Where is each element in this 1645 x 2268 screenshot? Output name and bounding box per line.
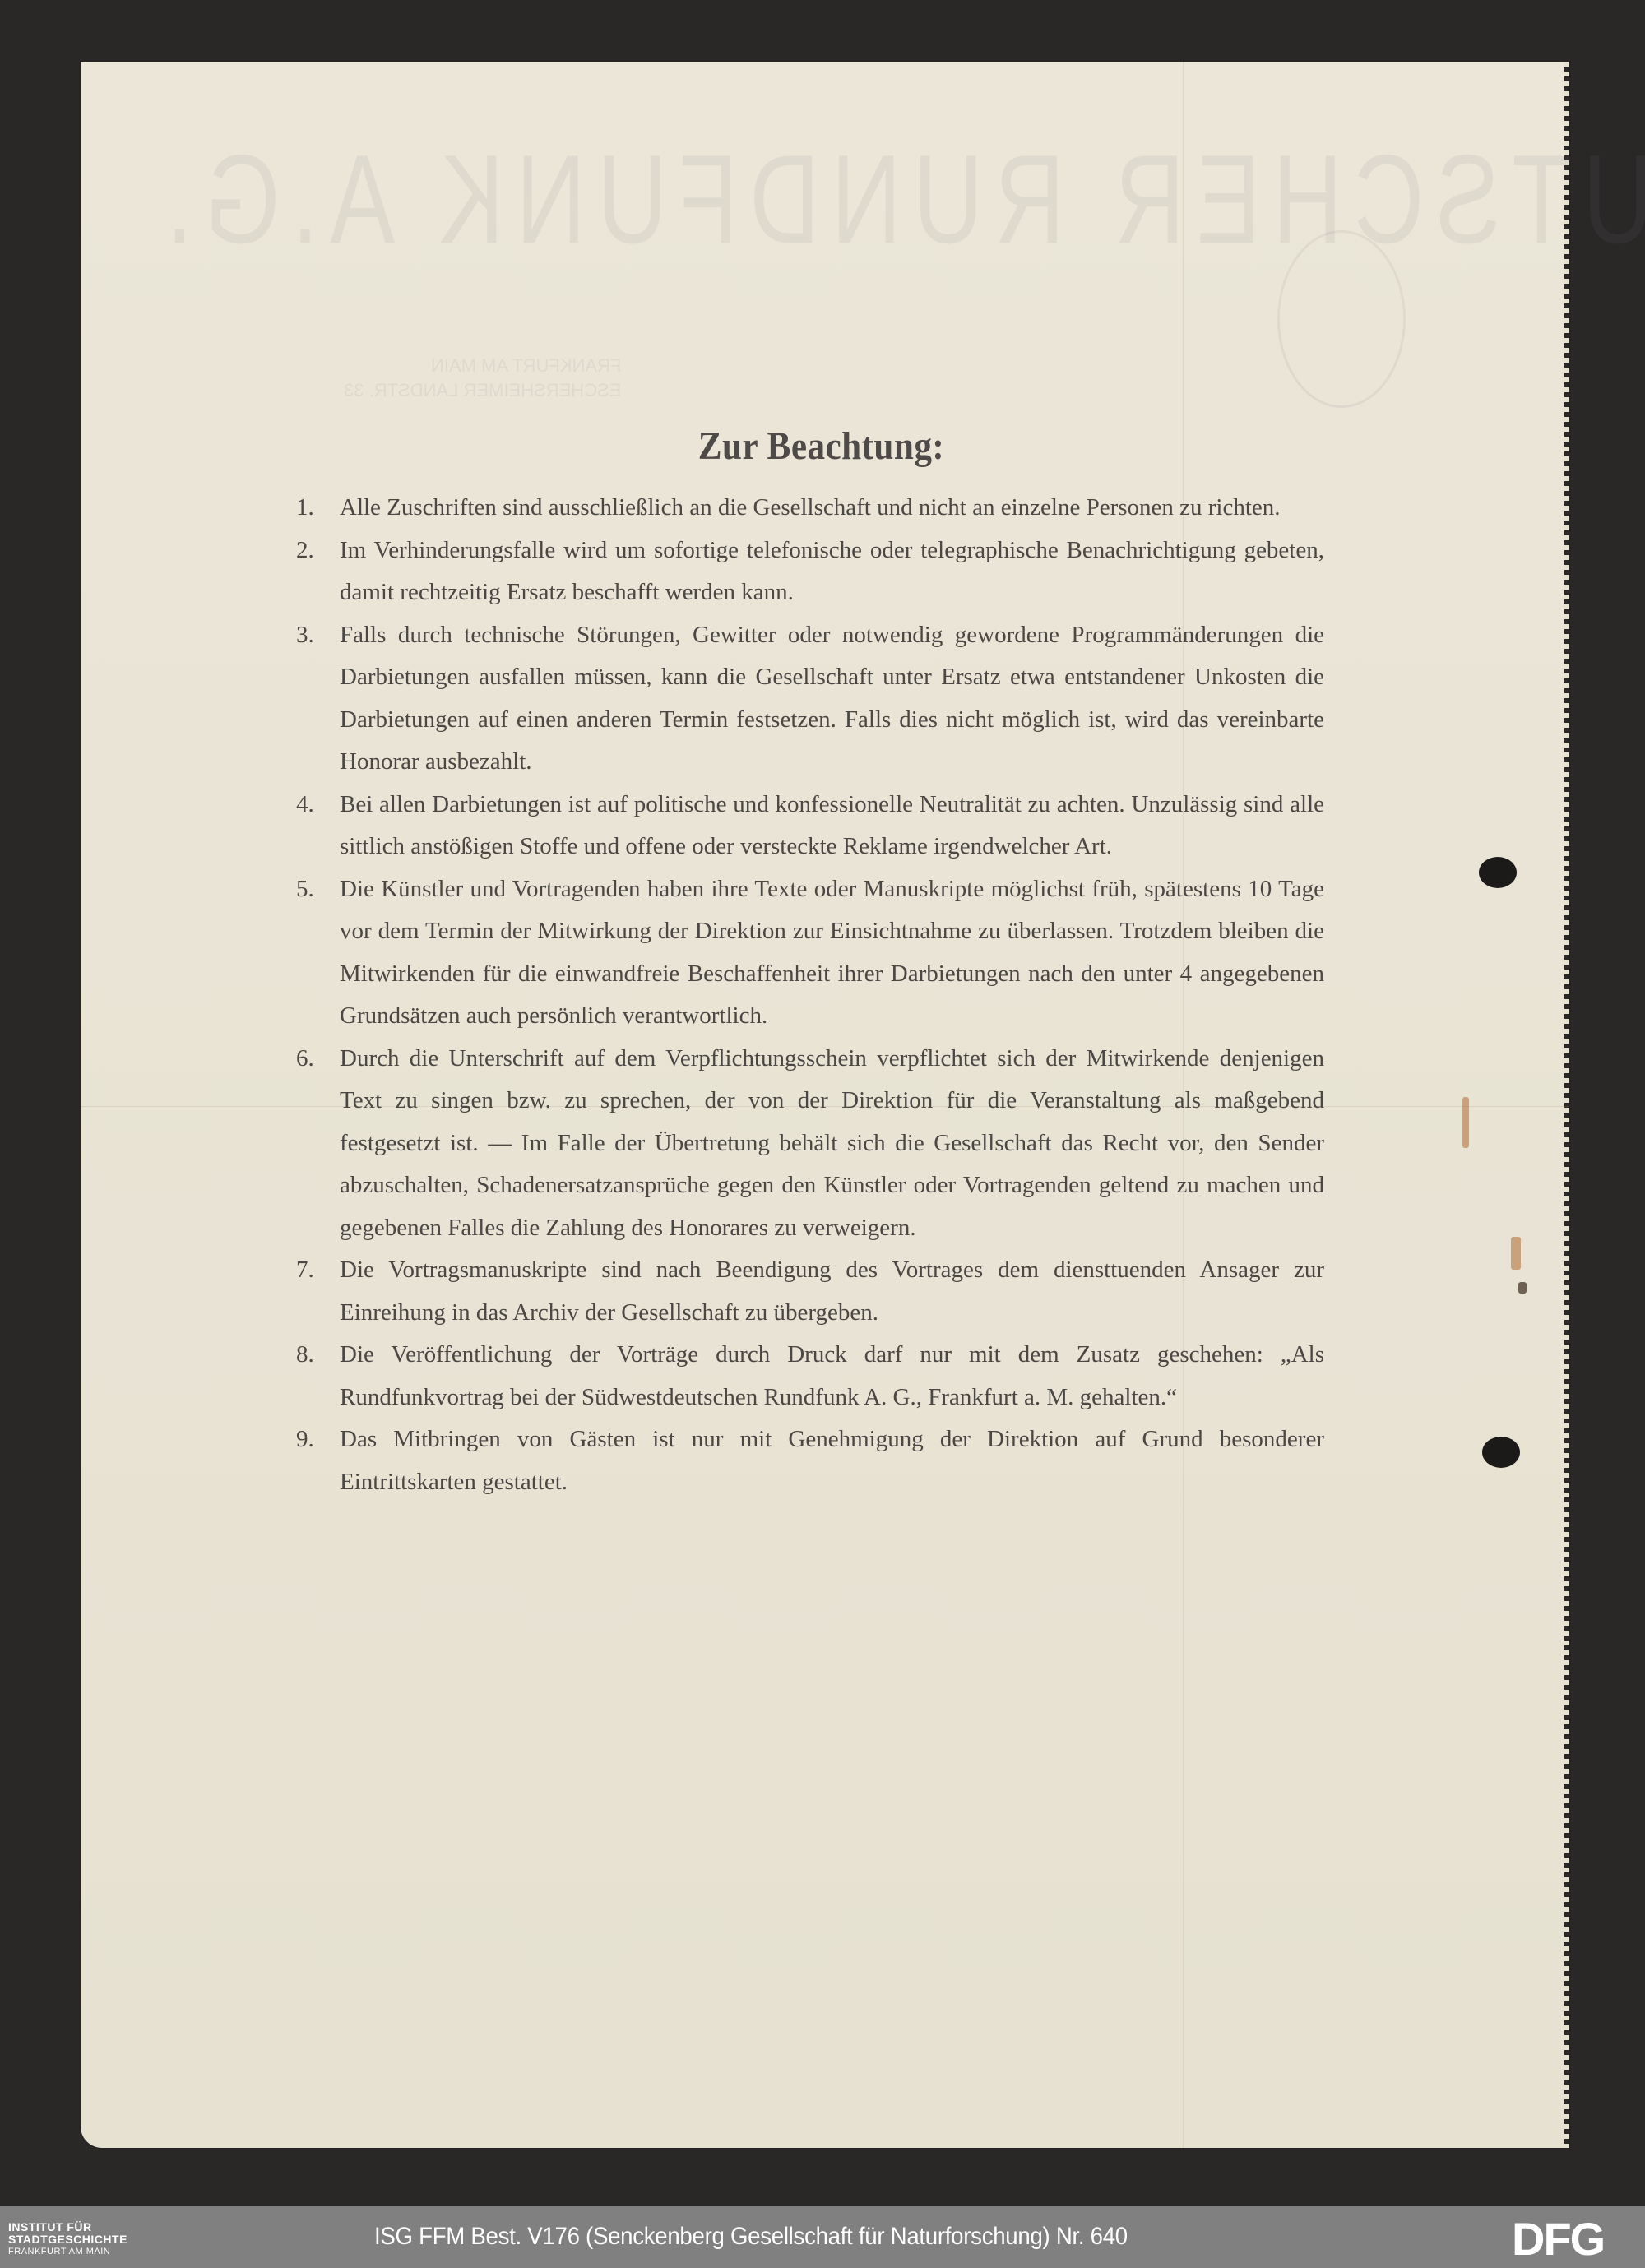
show-through-address-line1: FRANKFURT AM MAIN [344,354,621,378]
rule-item: 9.Das Mitbringen von Gästen ist nur mit … [296,1419,1324,1503]
rule-item: 2.Im Verhinderungsfalle wird um sofortig… [296,530,1324,614]
rule-text: Die Veröffentlichung der Vorträge durch … [340,1334,1324,1419]
rule-number: 9. [296,1419,314,1461]
rule-text: Im Verhinderungsfalle wird um sofortige … [340,530,1324,614]
rule-text: Durch die Unterschrift auf dem Verpflich… [340,1038,1324,1250]
rule-item: 3.Falls durch technische Störungen, Gewi… [296,614,1324,784]
rule-number: 5. [296,868,314,911]
show-through-address: FRANKFURT AM MAIN ESCHERSHEIMER LANDSTR.… [344,354,621,403]
rule-text: Die Künstler und Vortragenden haben ihre… [340,868,1324,1038]
dfg-logo: DFG [1512,2216,1604,2262]
rust-stain [1462,1097,1469,1148]
rust-stain [1511,1237,1521,1270]
rule-text: Die Vortragsmanuskripte sind nach Beendi… [340,1249,1324,1334]
rules-list: 1.Alle Zuschriften sind ausschließlich a… [296,487,1324,1503]
show-through-address-line2: ESCHERSHEIMER LANDSTR. 33 [344,378,621,403]
rule-number: 7. [296,1249,314,1292]
rule-item: 4.Bei allen Darbietungen ist auf politis… [296,784,1324,868]
isg-institute-logo: INSTITUT FÜR STADTGESCHICHTE FRANKFURT A… [8,2221,127,2258]
rule-text: Bei allen Darbietungen ist auf politisch… [340,784,1324,868]
show-through-letterhead: SÜDWESTDEUTSCHER RUNDFUNK A.G. [155,127,1645,273]
rule-number: 8. [296,1334,314,1377]
rust-stain [1518,1282,1527,1294]
archive-caption: ISG FFM Best. V176 (Senckenberg Gesellsc… [374,2223,1128,2251]
rule-number: 3. [296,614,314,657]
punch-hole-top [1479,857,1517,888]
punch-hole-bottom [1482,1437,1520,1468]
notice-title: Zur Beachtung: [348,424,1273,469]
rule-number: 2. [296,530,314,572]
show-through-seal [1277,230,1406,408]
rule-text: Das Mitbringen von Gästen ist nur mit Ge… [340,1419,1324,1503]
rule-item: 1.Alle Zuschriften sind ausschließlich a… [296,487,1324,530]
archive-footer-bar: INSTITUT FÜR STADTGESCHICHTE FRANKFURT A… [0,2206,1645,2268]
rule-item: 8.Die Veröffentlichung der Vorträge durc… [296,1334,1324,1419]
rule-item: 7.Die Vortragsmanuskripte sind nach Been… [296,1249,1324,1334]
rule-number: 4. [296,784,314,826]
rule-text: Alle Zuschriften sind ausschließlich an … [340,487,1324,530]
rule-number: 6. [296,1038,314,1081]
institute-line3: FRANKFURT AM MAIN [8,2246,127,2258]
rule-text: Falls durch technische Störungen, Gewitt… [340,614,1324,784]
rule-number: 1. [296,487,314,530]
notice-content: Zur Beachtung: 1.Alle Zuschriften sind a… [296,424,1324,1503]
rule-item: 6.Durch die Unterschrift auf dem Verpfli… [296,1038,1324,1250]
rule-item: 5.Die Künstler und Vortragenden haben ih… [296,868,1324,1038]
institute-line2: STADTGESCHICHTE [8,2233,127,2246]
institute-line1: INSTITUT FÜR [8,2221,127,2233]
